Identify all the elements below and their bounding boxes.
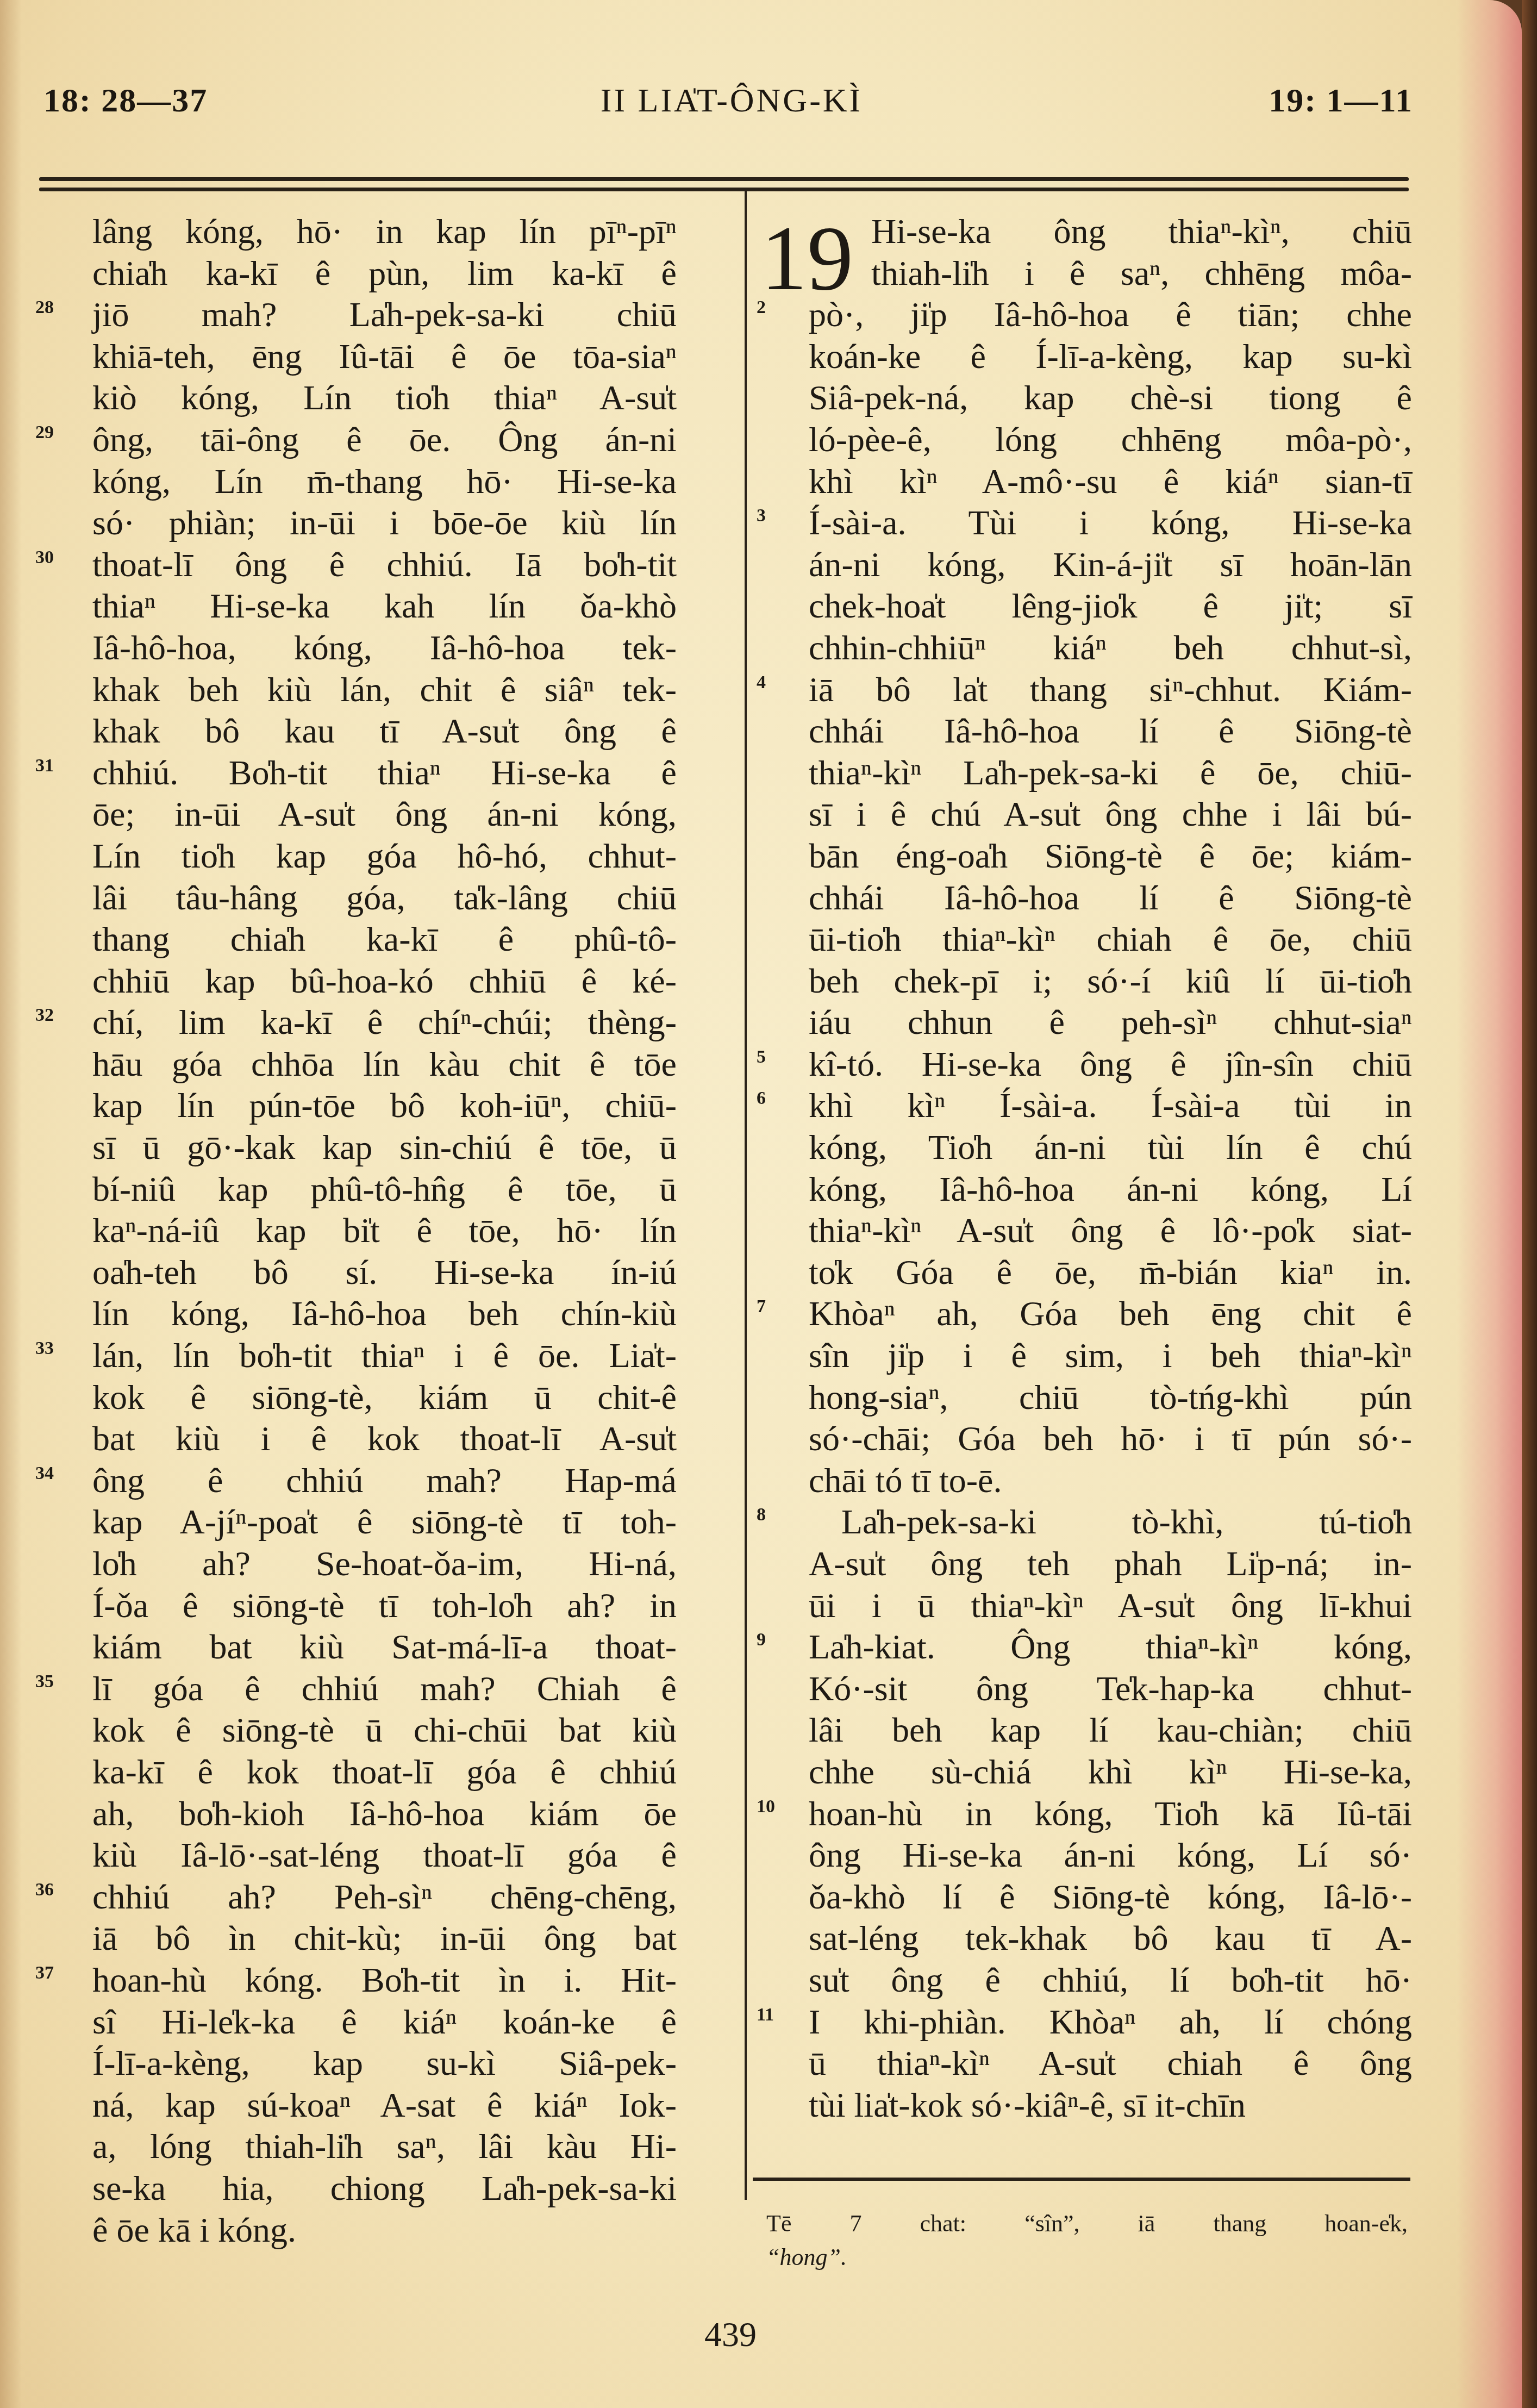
- text-line: iáu chhun ê peh-sìⁿ chhut-siaⁿ: [809, 1002, 1412, 1044]
- line-text: khiā-teh, ēng Iû-tāi ê ōe tōa-siaⁿ: [92, 336, 677, 378]
- text-line: 10hoan-hù in kóng, Tio̍h kā Iû-tāi: [809, 1793, 1412, 1835]
- line-text: hoan-hù kóng. Bo̍h-tit ìn i. Hit-: [92, 1960, 677, 2001]
- text-line: Kó·-sit ông Te̍k-hap-ka chhut-: [809, 1668, 1412, 1710]
- text-line: ông Hi-se-ka án-ni kóng, Lí só·: [809, 1835, 1412, 1876]
- right-text-column: Hi-se-ka ông thiaⁿ-kìⁿ, chiūthiah-li̍h i…: [809, 211, 1412, 2126]
- verse-number: 36: [35, 1876, 54, 1904]
- text-line: kóng, Iâ-hô-hoa án-ni kóng, Lí: [809, 1169, 1412, 1211]
- text-line: kiò kóng, Lín tio̍h thiaⁿ A-su̍t: [92, 377, 677, 419]
- verse-number: 6: [757, 1085, 766, 1112]
- text-line: sîn ji̍p i ê sim, i beh thiaⁿ-kìⁿ: [809, 1335, 1412, 1377]
- line-text: hoan-hù in kóng, Tio̍h kā Iû-tāi: [809, 1793, 1412, 1835]
- footnote-line: “hong”.: [766, 2241, 1408, 2274]
- text-line: Í-ǒa ê siōng-tè tī toh-lo̍h ah? in: [92, 1585, 677, 1627]
- text-line: 6khì kìⁿ Í-sài-a. Í-sài-a tùi in: [809, 1085, 1412, 1127]
- text-line: 5kî-tó. Hi-se-ka ông ê jîn-sîn chiū: [809, 1044, 1412, 1086]
- verse-number: 10: [757, 1793, 775, 1820]
- text-line: lâi tâu-hâng góa, ta̍k-lâng chiū: [92, 877, 677, 919]
- line-text: Khòaⁿ ah, Góa beh ēng chit ê: [809, 1293, 1412, 1335]
- verse-number: 28: [35, 294, 54, 321]
- text-line: án-ni kóng, Kin-á-ji̍t sī hoān-lān: [809, 544, 1412, 586]
- verse-number: 33: [35, 1335, 54, 1362]
- line-text: kap A-jíⁿ-poa̍t ê siōng-tè tī toh-: [92, 1501, 677, 1543]
- header-rule-bottom: [39, 188, 1409, 191]
- book-page: 18: 28—37 II LIA̍T-ÔNG-KÌ 19: 1—11 lâng …: [0, 0, 1522, 2408]
- text-line: 9La̍h-kiat. Ông thiaⁿ-kìⁿ kóng,: [809, 1626, 1412, 1668]
- text-line: ê ōe kā i kóng.: [92, 2210, 677, 2251]
- line-text: kiò kóng, Lín tio̍h thiaⁿ A-su̍t: [92, 377, 677, 419]
- line-text: Iâ-hô-hoa, kóng, Iâ-hô-hoa tek-: [92, 627, 677, 669]
- verse-number: 30: [35, 544, 54, 571]
- line-text: chhiú. Bo̍h-tit thiaⁿ Hi-se-ka ê: [92, 752, 677, 794]
- line-text: thiaⁿ-kìⁿ A-su̍t ông ê lô·-po̍k siat-: [809, 1210, 1412, 1252]
- text-line: 30thoat-lī ông ê chhiú. Iā bo̍h-tit: [92, 544, 677, 586]
- line-text: beh chek-pī i; só·-í kiû lí ūi-tio̍h: [809, 960, 1412, 1002]
- text-line: 29ông, tāi-ông ê ōe. Ông án-ni: [92, 419, 677, 461]
- text-line: Iâ-hô-hoa, kóng, Iâ-hô-hoa tek-: [92, 627, 677, 669]
- line-text: to̍k Góa ê ōe, m̄-bián kiaⁿ in.: [809, 1252, 1412, 1294]
- line-text: chia̍h ka-kī ê pùn, lim ka-kī ê: [92, 253, 677, 295]
- line-text: khak bô kau tī A-su̍t ông ê: [92, 710, 677, 752]
- text-line: 28jiō mah? La̍h-pek-sa-ki chiū: [92, 294, 677, 336]
- text-line: kok ê siōng-tè, kiám ū chit-ê: [92, 1377, 677, 1419]
- verse-number: 9: [757, 1626, 766, 1654]
- text-line: bí-niû kap phû-tô-hn̂g ê tōe, ū: [92, 1169, 677, 1211]
- text-line: ná, kap sú-koaⁿ A-sat ê kiáⁿ Iok-: [92, 2085, 677, 2126]
- line-text: lī góa ê chhiú mah? Chiah ê: [92, 1668, 677, 1710]
- line-text: Kó·-sit ông Te̍k-hap-ka chhut-: [809, 1668, 1412, 1710]
- line-text: ná, kap sú-koaⁿ A-sat ê kiáⁿ Iok-: [92, 2085, 677, 2126]
- line-text: bat kiù i ê kok thoat-lī A-su̍t: [92, 1418, 677, 1460]
- text-line: bān éng-oa̍h Siōng-tè ê ōe; kiám-: [809, 835, 1412, 877]
- line-text: kiám bat kiù Sat-má-lī-a thoat-: [92, 1626, 677, 1668]
- line-text: kap lín pún-tōe bô koh-iūⁿ, chiū-: [92, 1085, 677, 1127]
- line-text: tùi lia̍t-kok só·-kiâⁿ-ê, sī it-chīn: [809, 2086, 1246, 2124]
- text-line: ūi i ū thiaⁿ-kìⁿ A-su̍t ông lī-khui: [809, 1585, 1412, 1627]
- verse-number: 32: [35, 1002, 54, 1029]
- text-line: beh chek-pī i; só·-í kiû lí ūi-tio̍h: [809, 960, 1412, 1002]
- page-number: 439: [704, 2315, 757, 2355]
- text-line: se-ka hia, chiong La̍h-pek-sa-ki: [92, 2168, 677, 2210]
- left-text-column: lâng kóng, hō· in kap lín pīⁿ-pīⁿchia̍h …: [92, 211, 677, 2251]
- line-text: lâi beh kap lí kau-chiàn; chiū: [809, 1710, 1412, 1751]
- running-header: 18: 28—37 II LIA̍T-ÔNG-KÌ 19: 1—11: [39, 82, 1424, 130]
- line-text: koán-ke ê Í-lī-a-kèng, kap su-kì: [809, 336, 1412, 378]
- text-line: kiù Iâ-lō·-sat-léng thoat-lī góa ê: [92, 1835, 677, 1876]
- text-line: lo̍h ah? Se-hoat-ǒa-im, Hi-ná,: [92, 1543, 677, 1585]
- text-line: Lín tio̍h kap góa hô-hó, chhut-: [92, 835, 677, 877]
- line-text: Siâ-pek-ná, kap chè-si tiong ê: [809, 377, 1412, 419]
- text-line: tùi lia̍t-kok só·-kiâⁿ-ê, sī it-chīn: [809, 2085, 1412, 2126]
- line-text: ê ōe kā i kóng.: [92, 2211, 296, 2249]
- line-text: bí-niû kap phû-tô-hn̂g ê tōe, ū: [92, 1169, 677, 1211]
- line-text: sī i ê chú A-su̍t ông chhe i lâi bú-: [809, 794, 1412, 835]
- text-line: bat kiù i ê kok thoat-lī A-su̍t: [92, 1418, 677, 1460]
- line-text: ǒa-khò lí ê Siōng-tè kóng, Iâ-lō·-: [809, 1876, 1412, 1918]
- line-text: khì kìⁿ A-mô·-su ê kiáⁿ sian-tī: [809, 461, 1412, 503]
- text-line: ōe; in-ūi A-su̍t ông án-ni kóng,: [92, 794, 677, 835]
- line-text: Í-sài-a. Tùi i kóng, Hi-se-ka: [809, 502, 1412, 544]
- text-line: sī ū gō·-kak kap sin-chiú ê tōe, ū: [92, 1127, 677, 1169]
- text-line: hāu góa chhōa lín kàu chit ê tōe: [92, 1044, 677, 1086]
- line-text: ló-pèe-ê, lóng chhēng môa-pò·,: [809, 419, 1412, 461]
- text-line: 36chhiú ah? Peh-sìⁿ chēng-chēng,: [92, 1876, 677, 1918]
- text-line: kok ê siōng-tè ū chi-chūi bat kiù: [92, 1710, 677, 1751]
- line-text: sat-léng tek-khak bô kau tī A-: [809, 1918, 1412, 1960]
- line-text: án-ni kóng, Kin-á-ji̍t sī hoān-lān: [809, 544, 1412, 586]
- line-text: ông ê chhiú mah? Hap-má: [92, 1460, 677, 1502]
- line-text: Lín tio̍h kap góa hô-hó, chhut-: [92, 835, 677, 877]
- line-text: kóng, Iâ-hô-hoa án-ni kóng, Lí: [809, 1169, 1412, 1211]
- text-line: lâng kóng, hō· in kap lín pīⁿ-pīⁿ: [92, 211, 677, 253]
- line-text: lo̍h ah? Se-hoat-ǒa-im, Hi-ná,: [92, 1543, 677, 1585]
- line-text: chhái Iâ-hô-hoa lí ê Siōng-tè: [809, 710, 1412, 752]
- line-text: A-su̍t ông teh phah Li̍p-ná; in-: [809, 1543, 1412, 1585]
- text-line: khak bô kau tī A-su̍t ông ê: [92, 710, 677, 752]
- header-right-reference: 19: 1—11: [1269, 82, 1413, 120]
- line-text: ah, bo̍h-kioh Iâ-hô-hoa kiám ōe: [92, 1793, 677, 1835]
- line-text: thiaⁿ-kìⁿ La̍h-pek-sa-ki ê ōe, chiū-: [809, 752, 1412, 794]
- line-text: ka-kī ê kok thoat-lī góa ê chhiú: [92, 1751, 677, 1793]
- text-line: 11I khi-phiàn. Khòaⁿ ah, lí chóng: [809, 2001, 1412, 2043]
- line-text: I khi-phiàn. Khòaⁿ ah, lí chóng: [809, 2001, 1412, 2043]
- line-text: sîn ji̍p i ê sim, i beh thiaⁿ-kìⁿ: [809, 1335, 1412, 1377]
- line-text: thoat-lī ông ê chhiú. Iā bo̍h-tit: [92, 544, 677, 586]
- line-text: La̍h-pek-sa-ki tò-khì, tú-tio̍h: [841, 1501, 1412, 1543]
- text-line: to̍k Góa ê ōe, m̄-bián kiaⁿ in.: [809, 1252, 1412, 1294]
- text-line: 32chí, lim ka-kī ê chíⁿ-chúi; thèng-: [92, 1002, 677, 1044]
- text-line: ū thiaⁿ-kìⁿ A-su̍t chiah ê ông: [809, 2043, 1412, 2085]
- line-text: iáu chhun ê peh-sìⁿ chhut-siaⁿ: [809, 1002, 1412, 1044]
- line-text: kóng, Lín m̄-thang hō· Hi-se-ka: [92, 461, 677, 503]
- line-text: lâng kóng, hō· in kap lín pīⁿ-pīⁿ: [92, 211, 677, 253]
- verse-number: 31: [35, 752, 54, 779]
- line-text: chhái Iâ-hô-hoa lí ê Siōng-tè: [809, 877, 1412, 919]
- line-text: chhiū kap bû-hoa-kó chhiū ê ké-: [92, 960, 677, 1002]
- verse-number: 34: [35, 1460, 54, 1487]
- text-line: su̍t ông ê chhiú, lí bo̍h-tit hō·: [809, 1960, 1412, 2001]
- text-line: thiaⁿ-kìⁿ A-su̍t ông ê lô·-po̍k siat-: [809, 1210, 1412, 1252]
- line-text: Í-lī-a-kèng, kap su-kì Siâ-pek-: [92, 2043, 677, 2085]
- line-text: ōe; in-ūi A-su̍t ông án-ni kóng,: [92, 794, 677, 835]
- line-text: ū thiaⁿ-kìⁿ A-su̍t chiah ê ông: [809, 2043, 1412, 2085]
- verse-number: 7: [757, 1293, 766, 1320]
- book-edge: [1522, 0, 1537, 2408]
- verse-number: 3: [757, 502, 766, 529]
- verse-number: 8: [757, 1501, 766, 1529]
- line-text: chhiú ah? Peh-sìⁿ chēng-chēng,: [92, 1876, 677, 1918]
- text-line: iā bô ìn chit-kù; in-ūi ông bat: [92, 1918, 677, 1960]
- text-line: 8La̍h-pek-sa-ki tò-khì, tú-tio̍h: [809, 1501, 1412, 1543]
- line-text: ông Hi-se-ka án-ni kóng, Lí só·: [809, 1835, 1412, 1876]
- line-text: só·-chāi; Góa beh hō· i tī pún só·-: [809, 1418, 1412, 1460]
- line-text: thang chia̍h ka-kī ê phû-tô-: [92, 919, 677, 960]
- line-text: kok ê siōng-tè, kiám ū chit-ê: [92, 1377, 677, 1419]
- text-line: Siâ-pek-ná, kap chè-si tiong ê: [809, 377, 1412, 419]
- line-text: thiaⁿ Hi-se-ka kah lín ǒa-khò: [92, 585, 677, 627]
- text-line: khiā-teh, ēng Iû-tāi ê ōe tōa-siaⁿ: [92, 336, 677, 378]
- text-line: a, lóng thiah-li̍h saⁿ, lâi kàu Hi-: [92, 2126, 677, 2168]
- text-line: sî Hi-le̍k-ka ê kiáⁿ koán-ke ê: [92, 2001, 677, 2043]
- line-text: chhe sù-chiá khì kìⁿ Hi-se-ka,: [809, 1751, 1412, 1793]
- text-line: 31chhiú. Bo̍h-tit thiaⁿ Hi-se-ka ê: [92, 752, 677, 794]
- line-text: chek-hoa̍t lêng-jio̍k ê ji̍t; sī: [809, 585, 1412, 627]
- line-text: só· phiàn; in-ūi i bōe-ōe kiù lín: [92, 502, 677, 544]
- footnote-rule: [753, 2178, 1410, 2181]
- verse-number: 29: [35, 419, 54, 446]
- text-line: kap A-jíⁿ-poa̍t ê siōng-tè tī toh-: [92, 1501, 677, 1543]
- text-line: hong-siaⁿ, chiū tò-tńg-khì pún: [809, 1377, 1412, 1419]
- text-line: koán-ke ê Í-lī-a-kèng, kap su-kì: [809, 336, 1412, 378]
- text-line: thang chia̍h ka-kī ê phû-tô-: [92, 919, 677, 960]
- line-text: hong-siaⁿ, chiū tò-tńg-khì pún: [809, 1377, 1412, 1419]
- text-line: 2pò·, ji̍p Iâ-hô-hoa ê tiān; chhe: [809, 294, 1412, 336]
- header-book-title: II LIA̍T-ÔNG-KÌ: [39, 82, 1424, 120]
- text-line: lâi beh kap lí kau-chiàn; chiū: [809, 1710, 1412, 1751]
- line-text: Hi-se-ka ông thiaⁿ-kìⁿ, chiū: [871, 211, 1412, 253]
- text-line: khak beh kiù lán, chit ê siâⁿ tek-: [92, 669, 677, 711]
- text-line: ló-pèe-ê, lóng chhēng môa-pò·,: [809, 419, 1412, 461]
- text-line: Hi-se-ka ông thiaⁿ-kìⁿ, chiū: [871, 211, 1412, 253]
- text-line: thiaⁿ-kìⁿ La̍h-pek-sa-ki ê ōe, chiū-: [809, 752, 1412, 794]
- line-text: pò·, ji̍p Iâ-hô-hoa ê tiān; chhe: [809, 294, 1412, 336]
- line-text: kaⁿ-ná-iû kap bi̍t ê tōe, hō· lín: [92, 1210, 677, 1252]
- footnote: Tē 7 chat: “sîn”, iā thang hoan-e̍k, “ho…: [766, 2207, 1408, 2274]
- text-line: ah, bo̍h-kioh Iâ-hô-hoa kiám ōe: [92, 1793, 677, 1835]
- text-line: só·-chāi; Góa beh hō· i tī pún só·-: [809, 1418, 1412, 1460]
- line-text: kok ê siōng-tè ū chi-chūi bat kiù: [92, 1710, 677, 1751]
- column-divider: [745, 191, 747, 2200]
- text-line: ūi-tio̍h thiaⁿ-kìⁿ chiah ê ōe, chiū: [809, 919, 1412, 960]
- line-text: su̍t ông ê chhiú, lí bo̍h-tit hō·: [809, 1960, 1412, 2001]
- line-text: La̍h-kiat. Ông thiaⁿ-kìⁿ kóng,: [809, 1626, 1412, 1668]
- text-line: chhái Iâ-hô-hoa lí ê Siōng-tè: [809, 877, 1412, 919]
- footnote-line: Tē 7 chat: “sîn”, iā thang hoan-e̍k,: [766, 2207, 1408, 2241]
- verse-number: 5: [757, 1044, 766, 1071]
- line-text: kiù Iâ-lō·-sat-léng thoat-lī góa ê: [92, 1835, 677, 1876]
- text-line: 33lán, lín bo̍h-tit thiaⁿ i ê ōe. Lia̍t-: [92, 1335, 677, 1377]
- line-text: jiō mah? La̍h-pek-sa-ki chiū: [92, 294, 677, 336]
- line-text: oa̍h-teh bô sí. Hi-se-ka ín-iú: [92, 1252, 677, 1294]
- text-line: chhin-chhiūⁿ kiáⁿ beh chhut-sì,: [809, 627, 1412, 669]
- text-line: kap lín pún-tōe bô koh-iūⁿ, chiū-: [92, 1085, 677, 1127]
- line-text: Í-ǒa ê siōng-tè tī toh-lo̍h ah? in: [92, 1585, 677, 1627]
- text-line: ka-kī ê kok thoat-lī góa ê chhiú: [92, 1751, 677, 1793]
- line-text: a, lóng thiah-li̍h saⁿ, lâi kàu Hi-: [92, 2126, 677, 2168]
- text-line: chhiū kap bû-hoa-kó chhiū ê ké-: [92, 960, 677, 1002]
- text-line: chia̍h ka-kī ê pùn, lim ka-kī ê: [92, 253, 677, 295]
- line-text: lán, lín bo̍h-tit thiaⁿ i ê ōe. Lia̍t-: [92, 1335, 677, 1377]
- line-text: ông, tāi-ông ê ōe. Ông án-ni: [92, 419, 677, 461]
- text-line: kóng, Lín m̄-thang hō· Hi-se-ka: [92, 461, 677, 503]
- line-text: sī ū gō·-kak kap sin-chiú ê tōe, ū: [92, 1127, 677, 1169]
- verse-number: 2: [757, 294, 766, 321]
- text-line: Í-lī-a-kèng, kap su-kì Siâ-pek-: [92, 2043, 677, 2085]
- line-text: chhin-chhiūⁿ kiáⁿ beh chhut-sì,: [809, 627, 1412, 669]
- text-line: khì kìⁿ A-mô·-su ê kiáⁿ sian-tī: [809, 461, 1412, 503]
- text-line: chek-hoa̍t lêng-jio̍k ê ji̍t; sī: [809, 585, 1412, 627]
- text-line: lín kóng, Iâ-hô-hoa beh chín-kiù: [92, 1293, 677, 1335]
- line-text: hāu góa chhōa lín kàu chit ê tōe: [92, 1044, 677, 1086]
- text-line: thiaⁿ Hi-se-ka kah lín ǒa-khò: [92, 585, 677, 627]
- line-text: khì kìⁿ Í-sài-a. Í-sài-a tùi in: [809, 1085, 1412, 1127]
- text-line: A-su̍t ông teh phah Li̍p-ná; in-: [809, 1543, 1412, 1585]
- text-line: thiah-li̍h i ê saⁿ, chhēng môa-: [871, 253, 1412, 295]
- verse-number: 11: [757, 2001, 774, 2029]
- line-text: bān éng-oa̍h Siōng-tè ê ōe; kiám-: [809, 835, 1412, 877]
- line-text: sî Hi-le̍k-ka ê kiáⁿ koán-ke ê: [92, 2001, 677, 2043]
- line-text: lín kóng, Iâ-hô-hoa beh chín-kiù: [92, 1293, 677, 1335]
- text-line: 4iā bô la̍t thang siⁿ-chhut. Kiám-: [809, 669, 1412, 711]
- text-line: chhe sù-chiá khì kìⁿ Hi-se-ka,: [809, 1751, 1412, 1793]
- verse-number: 35: [35, 1668, 54, 1695]
- line-text: iā bô ìn chit-kù; in-ūi ông bat: [92, 1918, 677, 1960]
- line-text: ūi-tio̍h thiaⁿ-kìⁿ chiah ê ōe, chiū: [809, 919, 1412, 960]
- text-line: ǒa-khò lí ê Siōng-tè kóng, Iâ-lō·-: [809, 1876, 1412, 1918]
- text-line: kaⁿ-ná-iû kap bi̍t ê tōe, hō· lín: [92, 1210, 677, 1252]
- line-text: kî-tó. Hi-se-ka ông ê jîn-sîn chiū: [809, 1044, 1412, 1086]
- text-line: sī i ê chú A-su̍t ông chhe i lâi bú-: [809, 794, 1412, 835]
- text-line: 35lī góa ê chhiú mah? Chiah ê: [92, 1668, 677, 1710]
- text-line: kóng, Tio̍h án-ni tùi lín ê chú: [809, 1127, 1412, 1169]
- line-text: chí, lim ka-kī ê chíⁿ-chúi; thèng-: [92, 1002, 677, 1044]
- line-text: khak beh kiù lán, chit ê siâⁿ tek-: [92, 669, 677, 711]
- text-line: só· phiàn; in-ūi i bōe-ōe kiù lín: [92, 502, 677, 544]
- text-line: oa̍h-teh bô sí. Hi-se-ka ín-iú: [92, 1252, 677, 1294]
- verse-number: 37: [35, 1960, 54, 1987]
- text-line: 37hoan-hù kóng. Bo̍h-tit ìn i. Hit-: [92, 1960, 677, 2001]
- text-line: chāi tó tī to-ē.: [809, 1460, 1412, 1502]
- line-text: iā bô la̍t thang siⁿ-chhut. Kiám-: [809, 669, 1412, 711]
- text-line: sat-léng tek-khak bô kau tī A-: [809, 1918, 1412, 1960]
- line-text: lâi tâu-hâng góa, ta̍k-lâng chiū: [92, 877, 677, 919]
- text-line: 34ông ê chhiú mah? Hap-má: [92, 1460, 677, 1502]
- text-line: 7Khòaⁿ ah, Góa beh ēng chit ê: [809, 1293, 1412, 1335]
- line-text: se-ka hia, chiong La̍h-pek-sa-ki: [92, 2168, 677, 2210]
- header-rule-top: [39, 177, 1409, 181]
- line-text: thiah-li̍h i ê saⁿ, chhēng môa-: [871, 253, 1412, 295]
- line-text: ūi i ū thiaⁿ-kìⁿ A-su̍t ông lī-khui: [809, 1585, 1412, 1627]
- text-line: chhái Iâ-hô-hoa lí ê Siōng-tè: [809, 710, 1412, 752]
- text-line: 3Í-sài-a. Tùi i kóng, Hi-se-ka: [809, 502, 1412, 544]
- text-line: kiám bat kiù Sat-má-lī-a thoat-: [92, 1626, 677, 1668]
- line-text: chāi tó tī to-ē.: [809, 1461, 1002, 1500]
- verse-number: 4: [757, 669, 766, 696]
- line-text: kóng, Tio̍h án-ni tùi lín ê chú: [809, 1127, 1412, 1169]
